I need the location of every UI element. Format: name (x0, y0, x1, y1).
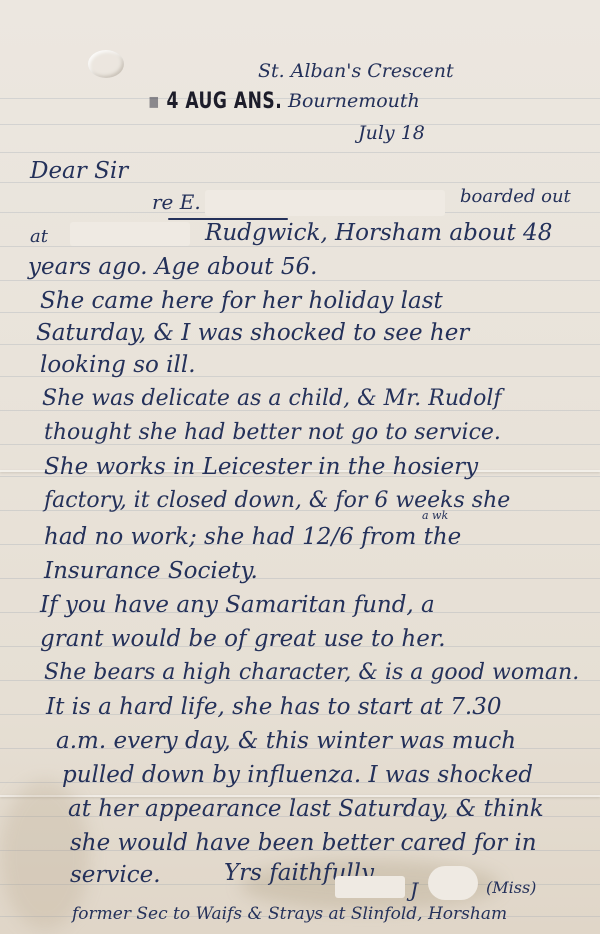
letter-date: July 18 (358, 124, 425, 143)
received-stamp: ▪ 4 AUG ANS. (148, 88, 282, 113)
letter-line: She was delicate as a child, & Mr. Rudol… (42, 388, 502, 410)
signature-suffix: (Miss) (486, 880, 536, 896)
letter-line: If you have any Samaritan fund, a (40, 594, 435, 617)
redaction (70, 222, 190, 246)
letter-line: years ago. Age about 56. (28, 256, 317, 279)
re-line: re E. (152, 192, 201, 212)
letter-line: She came here for her holiday last (40, 290, 443, 313)
letter-line: she would have been better cared for in (70, 832, 537, 855)
salutation: Dear Sir (30, 160, 128, 183)
at-text: at (30, 228, 48, 246)
letter-line: She bears a high character, & is a good … (44, 662, 579, 684)
letter-line: Rudgwick, Horsham about 48 (205, 222, 552, 245)
letter-line: It is a hard life, she has to start at 7… (46, 696, 502, 719)
letter-line: Saturday, & I was shocked to see her (36, 322, 469, 345)
redaction (205, 190, 445, 216)
address-line-1: St. Alban's Crescent (258, 62, 454, 81)
letter-page: ▪ 4 AUG ANS. St. Alban's Crescent Bourne… (0, 0, 600, 934)
ruled-line (0, 246, 600, 247)
letter-line: had no work; she had 12/6 from the (44, 526, 461, 549)
letter-line: She works in Leicester in the hosiery (44, 456, 478, 479)
letter-line: grant would be of great use to her. (40, 628, 446, 651)
letter-line: looking so ill. (40, 354, 196, 377)
letter-line: a.m. every day, & this winter was much (56, 730, 516, 753)
address-line-2: Bournemouth (288, 92, 420, 111)
embossed-seal (88, 50, 124, 78)
letter-line: thought she had better not go to service… (44, 422, 501, 444)
postscript: former Sec to Waifs & Strays at Slinfold… (72, 906, 507, 923)
boarded-out-text: boarded out (460, 188, 571, 206)
insertion-note: a wk (422, 510, 448, 521)
ruled-line (0, 124, 600, 125)
signature-initial: J (410, 880, 418, 900)
letter-line: Insurance Society. (44, 560, 258, 583)
redaction (335, 876, 405, 898)
letter-line: pulled down by influenza. I was shocked (62, 764, 533, 787)
letter-line: at her appearance last Saturday, & think (68, 798, 544, 821)
redaction (428, 866, 478, 900)
ruled-line (0, 152, 600, 153)
ruled-line (0, 280, 600, 281)
letter-line: service. (70, 864, 161, 887)
